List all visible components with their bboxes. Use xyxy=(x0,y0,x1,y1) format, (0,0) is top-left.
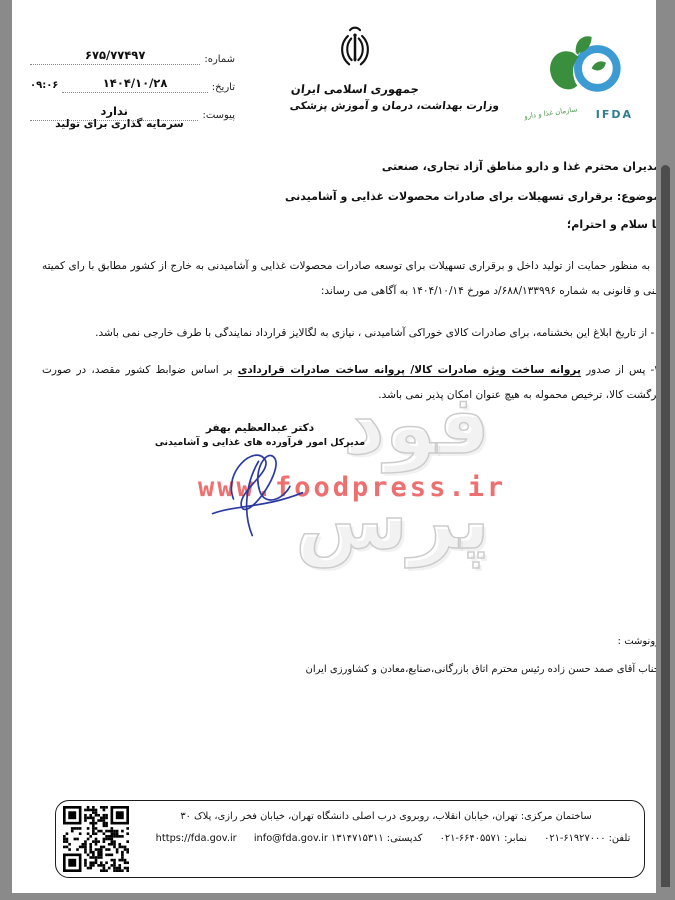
iran-emblem-icon xyxy=(332,26,378,76)
time-value: ۰۹:۰۶ xyxy=(30,80,58,93)
viewer-scrollbar-track[interactable] xyxy=(656,0,675,900)
footer-phone: تلفن: ۰۲۱-۶۱۹۲۷۰۰۰ xyxy=(544,833,630,844)
clause-1: ۱- از تاریخ ابلاغ این بخشنامه، برای صادر… xyxy=(42,321,660,346)
recipient-line: مدیران محترم غذا و دارو مناطق آزاد تجاری… xyxy=(382,160,660,173)
footer-email: info@fda.gov.ir xyxy=(254,833,328,844)
ifda-persian-text: سازمان غذا و دارو xyxy=(524,105,578,120)
cc-label: رونوشت : xyxy=(42,636,660,647)
footer-website: https://fda.gov.ir xyxy=(156,833,237,844)
cc-section: رونوشت : جناب آقای صمد حسن زاده رئیس محت… xyxy=(42,636,660,675)
screenshot-stage: شماره: ۶۷۵/۷۷۴۹۷ تاریخ: ۱۴۰۴/۱۰/۲۸ ۰۹:۰۶… xyxy=(0,0,675,900)
number-value: ۶۷۵/۷۷۴۹۷ xyxy=(30,48,200,65)
clause-2-prefix: ۲- پس از صدور xyxy=(581,364,660,376)
footer-address: ساختمان مرکزی: تهران، خیابان انقلاب، روب… xyxy=(136,811,636,822)
signer-name: دکتر عبدالعظیم بهفر xyxy=(140,422,380,434)
phone-value: ۰۲۱-۶۱۹۲۷۰۰۰ xyxy=(544,833,605,844)
footer-contacts: تلفن: ۰۲۱-۶۱۹۲۷۰۰۰ نمابر: ۰۲۱-۶۶۴۰۵۵۷۱ ک… xyxy=(136,833,636,844)
fax-label: نمابر: xyxy=(504,833,527,844)
date-label: تاریخ: xyxy=(212,82,235,93)
fax-value: ۰۲۱-۶۶۴۰۵۵۷۱ xyxy=(440,833,501,844)
postal-value: ۱۳۱۴۷۱۵۳۱۱ xyxy=(331,833,384,844)
phone-label: تلفن: xyxy=(609,833,631,844)
country-name: جمهوری اسلامی ایران xyxy=(289,82,420,96)
ministry-header: جمهوری اسلامی ایران وزارت بهداشت، درمان … xyxy=(290,26,420,112)
ifda-logo: IFDA سازمان غذا و دارو xyxy=(530,30,635,124)
header-slogan: سرمایه گذاری برای تولید xyxy=(37,118,202,130)
subject-line: موضوع: برقراری تسهیلات برای صادرات محصول… xyxy=(285,190,660,203)
footer-contact-box: ساختمان مرکزی: تهران، خیابان انقلاب، روب… xyxy=(55,800,645,878)
cc-recipient: جناب آقای صمد حسن زاده رئیس محترم اتاق ب… xyxy=(42,664,660,675)
intro-paragraph: به منظور حمایت از تولید داخل و برقراری ت… xyxy=(42,254,660,304)
date-value: ۱۴۰۴/۱۰/۲۸ xyxy=(62,76,207,93)
number-label: شماره: xyxy=(204,54,235,65)
ifda-latin-text: IFDA xyxy=(596,108,633,121)
viewer-bottom-margin xyxy=(0,893,675,900)
attachment-label: پیوست: xyxy=(202,110,235,121)
viewer-left-margin xyxy=(0,0,12,900)
clause-2-emphasis: پروانه ساخت ویژه صادرات کالا/ پروانه ساخ… xyxy=(238,364,581,376)
ifda-logo-icon xyxy=(540,30,626,104)
scrollbar-thumb[interactable] xyxy=(661,165,670,887)
greeting-line: با سلام و احترام؛ xyxy=(567,218,660,231)
handwritten-signature-icon xyxy=(200,438,315,538)
footer-postal: کدپستی: ۱۳۱۴۷۱۵۳۱۱ xyxy=(331,833,422,844)
footer-fax: نمابر: ۰۲۱-۶۶۴۰۵۵۷۱ xyxy=(440,833,527,844)
field-number: شماره: ۶۷۵/۷۷۴۹۷ xyxy=(30,48,235,65)
footer-text: ساختمان مرکزی: تهران، خیابان انقلاب، روب… xyxy=(136,811,636,844)
postal-label: کدپستی: xyxy=(387,833,423,844)
field-date: تاریخ: ۱۴۰۴/۱۰/۲۸ ۰۹:۰۶ xyxy=(30,76,235,93)
letter-page: شماره: ۶۷۵/۷۷۴۹۷ تاریخ: ۱۴۰۴/۱۰/۲۸ ۰۹:۰۶… xyxy=(12,0,656,893)
ministry-name: وزارت بهداشت، درمان و آموزش پزشکی xyxy=(289,100,420,112)
qr-code-icon xyxy=(63,806,129,872)
